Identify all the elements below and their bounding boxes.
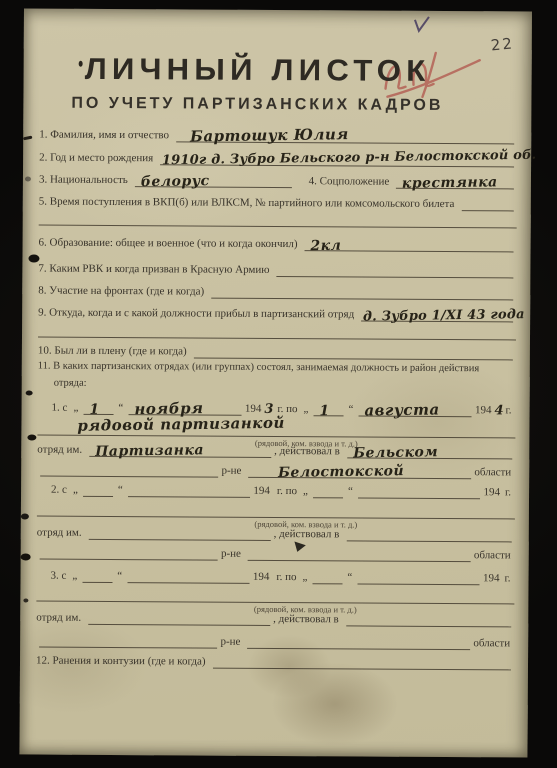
pen-checkmark-icon [412,15,432,35]
entry-1-to-day: 1 [319,404,329,418]
punch-hole [28,254,39,262]
service-entry-2-unit: отряд им. , действовал в [37,524,515,543]
field-row-rvk: 7. Каким РВК и когда призван в Красную А… [38,260,516,279]
ink-dot [79,61,83,67]
field-9-label: 9. Откуда, когда и с какой должности при… [38,307,358,322]
field-7-label: 7. Каким РВК и когда призван в Красную А… [38,263,273,277]
field-11-label: 11. В каких партизанских отрядах (или гр… [38,361,516,375]
document-paper: 22 ЛИЧНЫЙ ЛИСТОК ПО УЧЕТУ ПАРТИЗАНСКИХ К… [19,8,532,757]
entry-1-district: Белостокской [278,464,404,480]
field-3-line: белорус [135,170,292,188]
field-5-line [461,194,514,211]
ink-blot [27,434,36,440]
ink-blot [21,513,29,519]
field-9-line: д. Зубро 1/XI 43 года [361,305,513,323]
field-row-arrival: 9. Откуда, когда и с какой должности при… [38,304,516,323]
service-entry-1-unit: отряд им. Партизанка , действовал в Бель… [37,441,515,460]
field-row-captivity: 10. Был ли в плену (где и когда) [38,342,516,361]
field-2-label: 2. Год и место рождения [39,152,157,166]
field-1-value: Бартошук Юлия [190,127,349,144]
field-10-line [194,341,513,360]
field-row-birth: 2. Год и место рождения 1910г д. Зубро Б… [39,149,517,168]
field-row-surname: 1. Фамилия, имя и отчество Бартошук Юлия [39,126,517,145]
entry-1-num: 1. с [52,402,72,415]
service-entry-2-district: р-не области [37,544,515,563]
field-row-nationality: 3. Национальность белорус 4. Соцположени… [39,171,517,190]
field-4-line: крестянка [396,172,514,190]
field-row-party: 5. Время поступления в ВКП(б) или ВЛКСМ,… [39,193,517,212]
form-title: ЛИЧНЫЙ ЛИСТОК [14,52,501,89]
entry-1-position: рядовой партизанкой [77,416,285,434]
field-2-value: 1910г д. Зубро Бельского р-н Белостокско… [162,149,537,168]
entry-1-from-month-line: ноября [128,398,242,416]
field-row-wounds: 12. Ранения и контузии (где и когда) [36,652,514,671]
field-2-line: 1910г д. Зубро Бельского р-н Белостокско… [160,148,514,167]
service-entry-1-district: р-не Белостокской области [37,461,515,480]
entry-1-to-month-line: августа [358,399,472,417]
field-8-label: 8. Участие на фронтах (где и когда) [38,285,208,299]
field-4-label: 4. Соцположение [295,175,394,189]
entry-2-num: 2. с [51,484,71,497]
entry-1-to-month: августа [364,402,439,418]
field-5-label: 5. Время поступления в ВКП(б) или ВЛКСМ,… [39,196,459,212]
service-entry-3-unit: отряд им. , действовал в [36,609,514,628]
ink-dot [23,598,28,602]
field-4-value: крестянка [402,175,498,190]
field-8-line [211,282,513,301]
field-9-continuation-line [38,337,516,341]
field-6-value: 2кл [310,239,341,253]
entry-1-unit-line: Партизанка [89,440,271,458]
scan-background: 22 ЛИЧНЫЙ ЛИСТОК ПО УЧЕТУ ПАРТИЗАНСКИХ К… [0,0,557,768]
entry-1-acted-line: Бельском [347,441,513,459]
field-5-continuation-line [39,225,517,229]
service-entry-2-dates: 2. с „ “ 194 г. по „ “ 194 г. [51,481,515,500]
ink-dot [25,176,31,181]
service-entry-3-district: р-не области [36,632,514,651]
field-6-line: 2кл [304,234,513,252]
field-3-value: белорус [141,174,210,189]
field-7-line [276,260,513,278]
ink-dot [26,390,33,395]
field-12-label: 12. Ранения и контузии (где и когда) [36,655,210,669]
field-1-line: Бартошук Юлия [176,125,514,144]
page-number: 22 [490,34,515,54]
field-10-label: 10. Был ли в плену (где и когда) [38,345,191,359]
entry-1-to-day-line: 1 [313,399,343,416]
field-11-label-2: отряда: [54,378,516,392]
field-6-label: 6. Образование: общее и военное (что и к… [39,237,302,252]
service-entry-3-dates: 3. с „ “ 194 г. по „ “ 194 г. [50,567,514,586]
entry-1-from-day: 1 [89,403,99,417]
field-1-label: 1. Фамилия, имя и отчество [39,129,173,143]
field-row-fronts: 8. Участие на фронтах (где и когда) [38,282,516,301]
field-12-line [213,652,512,671]
form-subtitle: ПО УЧЕТУ ПАРТИЗАНСКИХ КАДРОВ [23,94,491,115]
field-row-education: 6. Образование: общее и военное (что и к… [39,234,517,253]
entry-3-num: 3. с [50,570,70,583]
entry-1-acted-in: Бельском [353,445,438,460]
entry-1-to-year: 4 [494,404,503,417]
pen-dash [23,136,32,141]
field-9-value: д. Зубро 1/XI 43 года [363,308,525,323]
entry-1-unit: Партизанка [95,443,204,459]
field-3-label: 3. Национальность [39,174,132,188]
ink-blot [21,553,31,560]
entry-1-from-day-line: 1 [83,398,113,415]
entry-1-district-line: Белостокской [248,461,471,479]
